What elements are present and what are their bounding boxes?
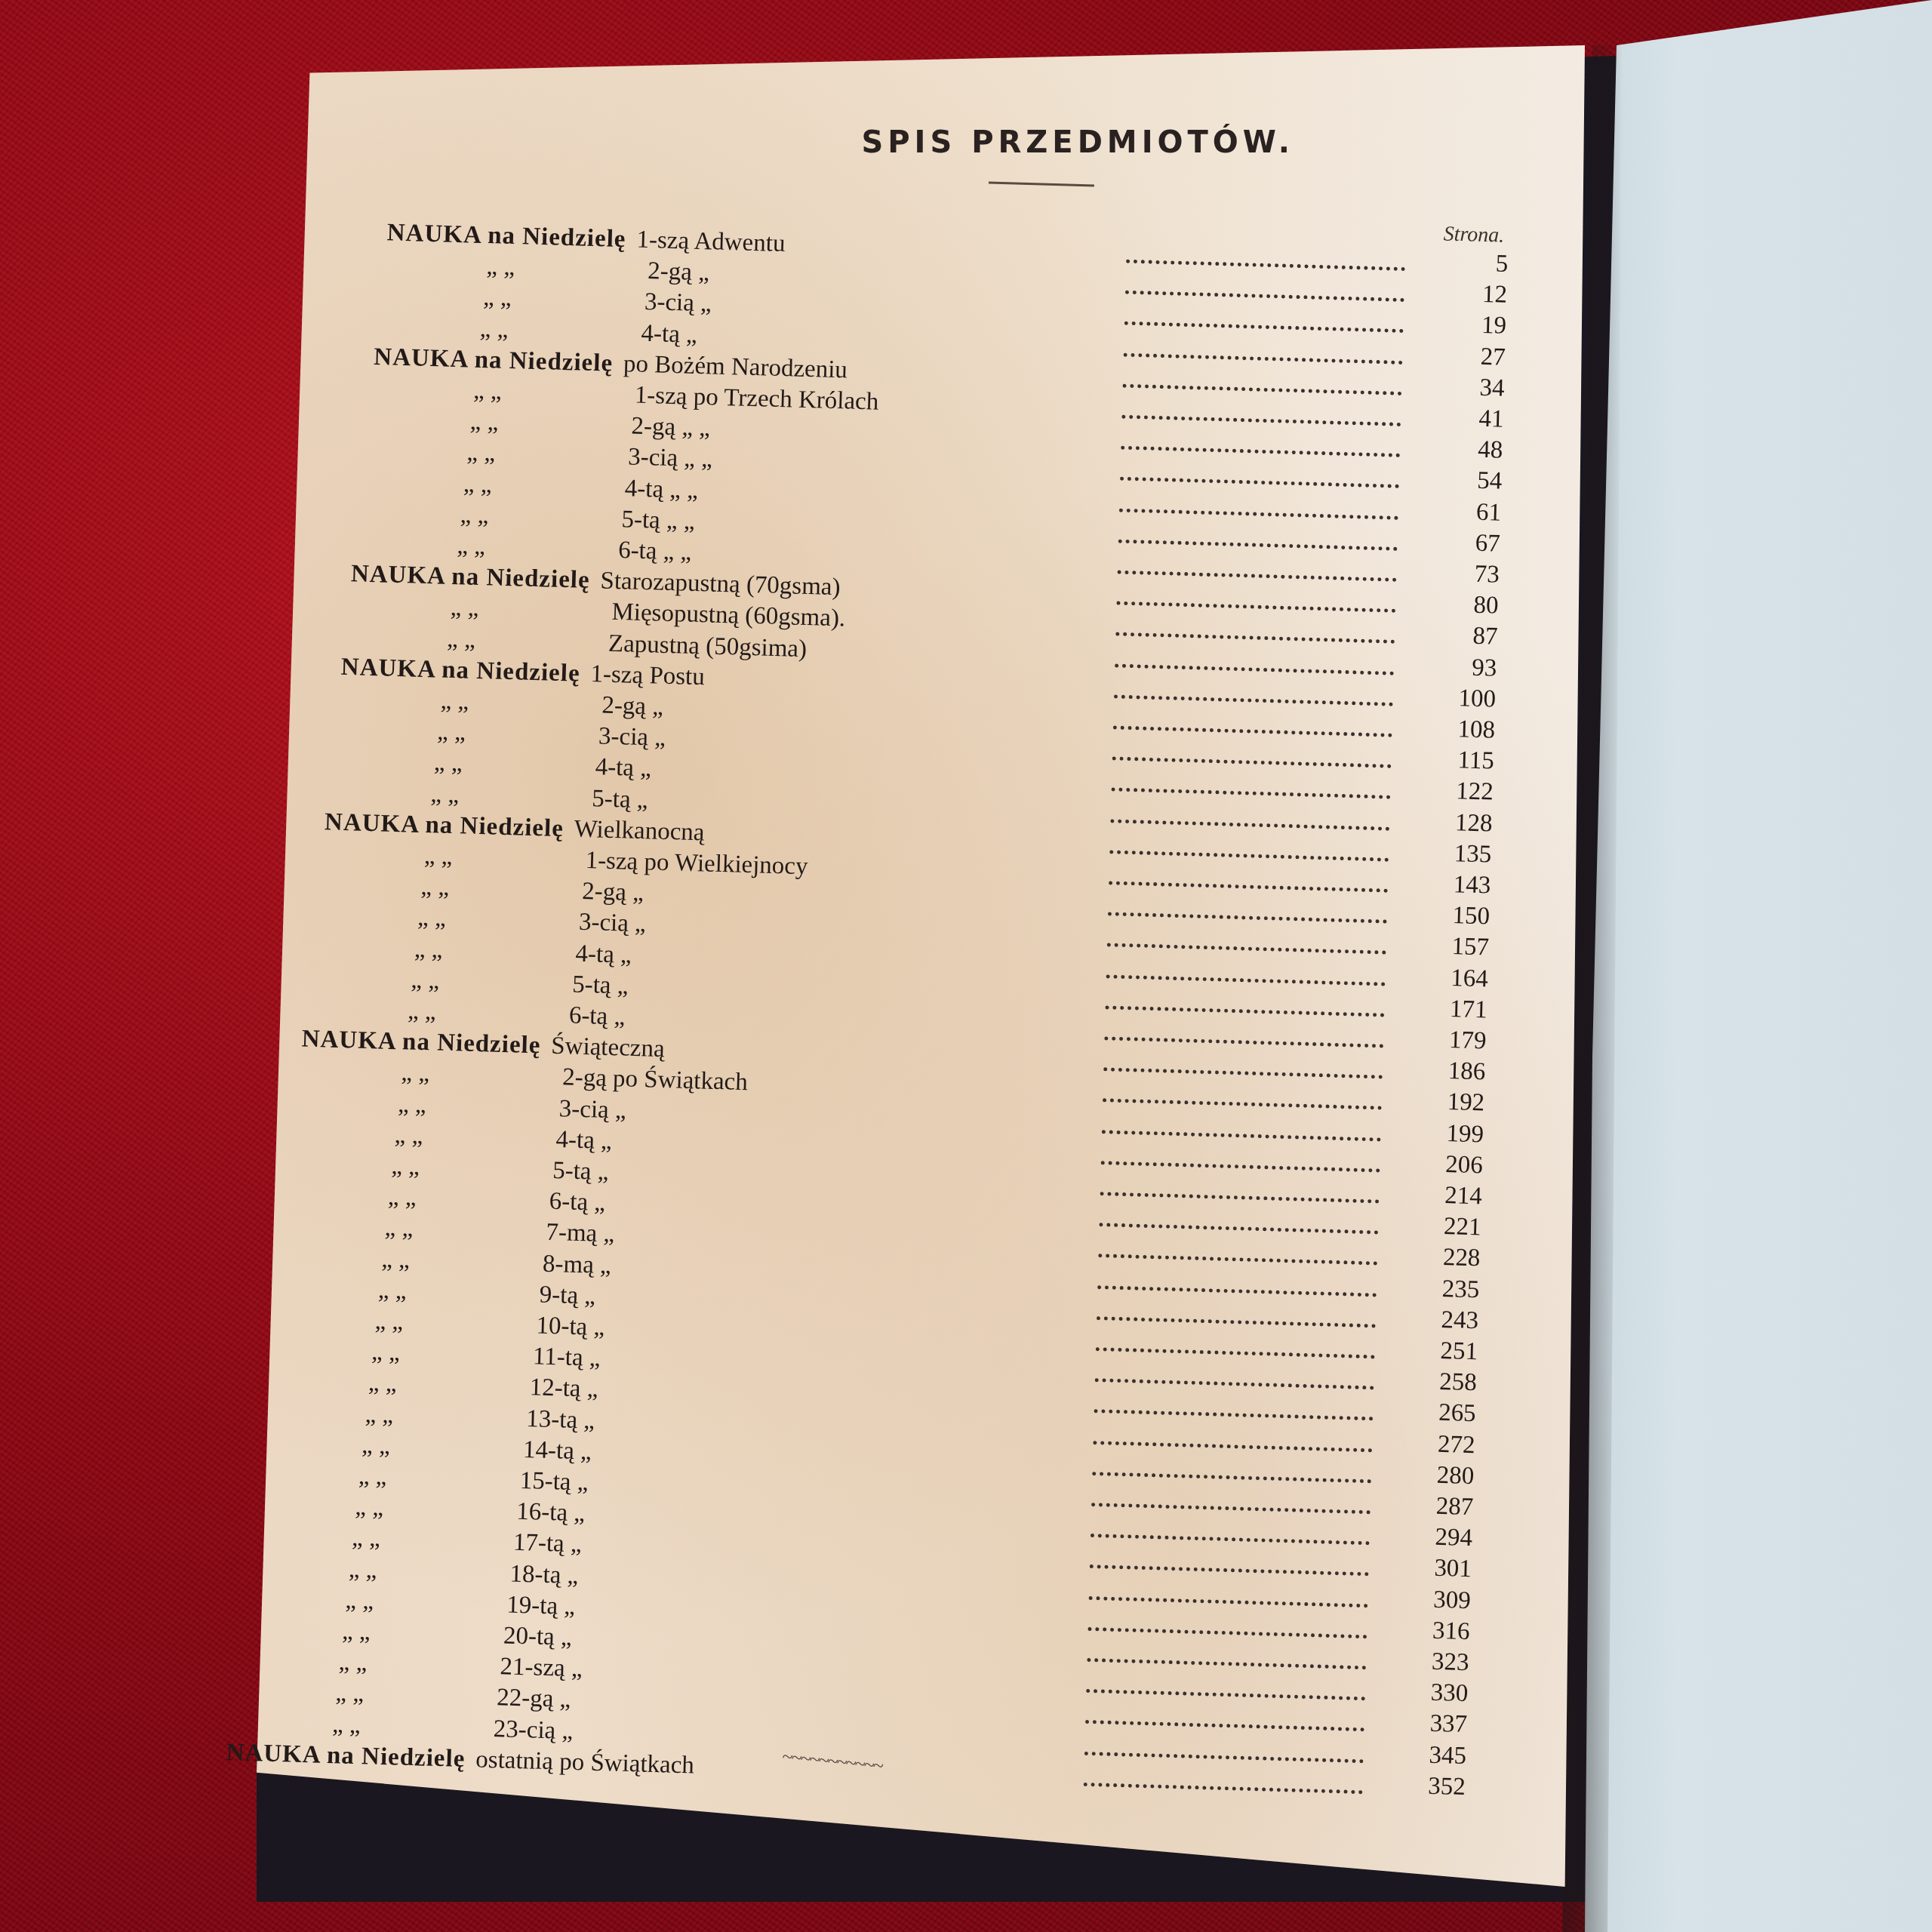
page-number: 352 xyxy=(1397,1771,1466,1801)
dot-leader xyxy=(1086,1674,1366,1700)
page-number: 164 xyxy=(1420,964,1488,993)
ditto-marks: „ „ xyxy=(361,965,490,997)
entry-title: Świąteczną xyxy=(551,1032,665,1063)
entry-title: 2-gą po Świątkach xyxy=(562,1064,749,1097)
dot-leader xyxy=(1090,1549,1370,1576)
ditto-marks: „ „ xyxy=(417,438,546,469)
page-column-header: Strona. xyxy=(1443,222,1505,248)
dot-leader xyxy=(1087,1643,1367,1669)
dot-leader xyxy=(1088,1612,1367,1638)
entry-title: Wielkanocną xyxy=(574,815,705,847)
entry-title: 4-tą „ xyxy=(641,319,697,349)
entry-title: 9-tą „ xyxy=(539,1281,595,1310)
entry-title: 6-tą „ „ xyxy=(618,537,692,567)
dot-leader xyxy=(1099,1207,1379,1234)
ditto-marks: „ „ xyxy=(364,934,493,965)
page-number: 280 xyxy=(1406,1461,1475,1491)
entry-title: 1-szą Postu xyxy=(590,660,705,691)
page-number: 251 xyxy=(1409,1337,1478,1366)
dot-leader xyxy=(1096,1332,1376,1358)
page-number: 301 xyxy=(1403,1554,1472,1583)
entry-title: 4-tą „ xyxy=(555,1126,612,1155)
entry-title: 3-cią „ xyxy=(644,288,712,318)
ditto-marks: „ „ xyxy=(305,1492,434,1524)
ditto-marks: „ „ xyxy=(344,1120,473,1152)
page-number: 214 xyxy=(1414,1181,1482,1211)
entry-heading-prefix: NAUKA na Niedzielę xyxy=(226,1739,466,1774)
dot-leader xyxy=(1084,1767,1364,1794)
ditto-marks: „ „ xyxy=(383,748,512,780)
ditto-marks: „ „ xyxy=(341,1151,470,1183)
page-number: 192 xyxy=(1417,1088,1485,1117)
ditto-marks: „ „ xyxy=(302,1523,431,1555)
page-number: 157 xyxy=(1420,932,1489,961)
entry-title: 6-tą „ xyxy=(568,1001,625,1031)
entry-title: 15-tą „ xyxy=(519,1467,589,1497)
dot-leader xyxy=(1121,400,1401,426)
entry-title: 16-tą „ xyxy=(516,1498,586,1528)
entry-title: 4-tą „ xyxy=(595,754,651,783)
page-number: 206 xyxy=(1414,1150,1483,1180)
dot-leader xyxy=(1114,679,1394,706)
dot-leader xyxy=(1110,804,1390,830)
ditto-marks: „ „ xyxy=(436,251,565,283)
entry-heading-prefix: NAUKA na Niedzielę xyxy=(374,343,614,378)
entry-title: ostatnią po Świątkach xyxy=(475,1746,695,1780)
entry-title: 1-szą po Trzech Królach xyxy=(634,382,878,417)
entry-title: 12-tą „ xyxy=(529,1374,598,1404)
dot-leader xyxy=(1106,959,1386,986)
entry-title: 23-cią „ xyxy=(493,1715,573,1746)
dot-leader xyxy=(1126,245,1406,271)
ditto-marks: „ „ xyxy=(380,779,509,811)
page-number: 309 xyxy=(1402,1585,1471,1614)
page-number: 61 xyxy=(1432,497,1501,527)
ditto-marks: „ „ xyxy=(315,1399,444,1431)
ditto-marks: „ „ xyxy=(298,1554,427,1586)
entry-heading-prefix: NAUKA na Niedzielę xyxy=(350,560,590,595)
dot-leader xyxy=(1109,835,1389,861)
entry-title: 1-szą po Wielkiejnocy xyxy=(585,847,808,881)
page-number: 171 xyxy=(1419,995,1487,1024)
entry-title: 2-gą „ xyxy=(648,257,710,287)
page-number: 135 xyxy=(1423,839,1492,869)
dot-leader xyxy=(1125,275,1405,302)
entry-title: Starozapustną (70gsma) xyxy=(600,568,841,602)
entry-title: 14-tą „ xyxy=(522,1436,592,1466)
dot-leader xyxy=(1093,1426,1373,1452)
entry-title: 5-tą „ xyxy=(572,971,629,1000)
ditto-marks: „ „ xyxy=(397,624,526,656)
table-of-contents: NAUKA na Niedzielę1-szą Adwentu5„ „2-gą … xyxy=(251,215,1579,252)
dot-leader xyxy=(1115,617,1395,644)
page-number: 265 xyxy=(1407,1398,1476,1428)
ditto-marks: „ „ xyxy=(325,1306,454,1338)
page-number: 48 xyxy=(1435,435,1503,464)
entry-title: 18-tą „ xyxy=(509,1560,579,1590)
ditto-marks: „ „ xyxy=(312,1430,441,1462)
page-number: 235 xyxy=(1411,1274,1480,1303)
page-number: 115 xyxy=(1426,746,1494,775)
ditto-marks: „ „ xyxy=(410,500,539,531)
page-number: 272 xyxy=(1407,1429,1475,1459)
page-number: 258 xyxy=(1408,1367,1477,1397)
ditto-marks: „ „ xyxy=(321,1337,451,1369)
dot-leader xyxy=(1115,648,1395,675)
page-number: 330 xyxy=(1400,1678,1469,1708)
page-number: 143 xyxy=(1423,870,1491,900)
page-number: 80 xyxy=(1430,590,1499,620)
page-number: 27 xyxy=(1437,342,1506,371)
dot-leader xyxy=(1124,337,1404,364)
entry-title: 3-cią „ xyxy=(578,909,646,938)
dot-leader xyxy=(1105,990,1385,1017)
page-number: 73 xyxy=(1431,559,1500,589)
entry-title: Mięsopustną (60gsma). xyxy=(611,598,846,633)
dot-leader xyxy=(1097,1270,1377,1297)
dot-leader xyxy=(1094,1395,1374,1421)
page-number: 150 xyxy=(1422,901,1491,931)
page-number: 87 xyxy=(1429,622,1498,651)
dot-leader xyxy=(1112,742,1392,768)
entry-title: 6-tą „ xyxy=(549,1188,605,1217)
ditto-marks: „ „ xyxy=(371,872,500,903)
contents-page-text: SPIS PRZEDMIOTÓW. Strona. NAUKA na Niedz… xyxy=(205,26,1584,1904)
entry-title: 3-cią „ „ xyxy=(628,444,713,474)
dot-leader xyxy=(1119,493,1399,519)
dot-leader xyxy=(1120,462,1400,488)
page-number: 186 xyxy=(1417,1057,1486,1086)
dot-leader xyxy=(1100,1177,1380,1203)
ditto-marks: „ „ xyxy=(390,686,519,718)
ditto-marks: „ „ xyxy=(328,1275,457,1307)
dot-leader xyxy=(1104,1021,1384,1048)
page-number: 221 xyxy=(1413,1212,1481,1241)
entry-title: 5-tą „ xyxy=(592,785,648,814)
dot-leader xyxy=(1121,431,1401,457)
page-number: 122 xyxy=(1425,777,1494,806)
page-number: 199 xyxy=(1415,1118,1484,1148)
ditto-marks: „ „ xyxy=(337,1182,466,1214)
page-number: 5 xyxy=(1440,248,1509,278)
dot-leader xyxy=(1122,368,1402,395)
title-divider xyxy=(989,182,1094,187)
dot-leader xyxy=(1108,897,1388,924)
ditto-marks: „ „ xyxy=(331,1244,460,1275)
entry-title: 5-tą „ „ xyxy=(621,506,695,536)
dot-leader xyxy=(1089,1581,1369,1607)
entry-title: 3-cią „ xyxy=(598,723,666,752)
dot-leader xyxy=(1101,1146,1381,1172)
entry-title: 2-gą „ xyxy=(601,692,664,721)
ditto-marks: „ „ xyxy=(400,592,529,624)
entry-title: Zapustną (50gsima) xyxy=(608,629,808,663)
entry-title: 1-szą Adwentu xyxy=(636,226,786,258)
dot-leader xyxy=(1124,306,1404,333)
page-number: 243 xyxy=(1411,1306,1479,1335)
entry-title: 21-szą „ xyxy=(500,1653,583,1683)
entry-title: po Bożém Narodzeniu xyxy=(623,350,848,384)
ditto-marks: „ „ xyxy=(318,1368,447,1400)
page-number: 179 xyxy=(1418,1026,1487,1055)
entry-title: 2-gą „ „ xyxy=(631,413,710,443)
page-number: 228 xyxy=(1412,1243,1481,1272)
entry-heading-prefix: NAUKA na Niedzielę xyxy=(340,654,580,688)
dot-leader xyxy=(1116,586,1396,613)
ditto-marks: „ „ xyxy=(368,903,497,934)
dot-leader xyxy=(1092,1457,1372,1483)
dot-leader xyxy=(1103,1084,1383,1110)
page-number: 316 xyxy=(1401,1616,1470,1645)
entry-title: 13-tą „ xyxy=(526,1405,595,1435)
entry-title: 19-tą „ xyxy=(506,1591,576,1621)
entry-title: 22-gą „ xyxy=(497,1684,571,1715)
ditto-marks: „ „ xyxy=(285,1678,414,1710)
dot-leader xyxy=(1091,1518,1371,1545)
entry-heading-prefix: NAUKA na Niedzielę xyxy=(325,808,565,843)
page-number: 41 xyxy=(1435,404,1504,433)
page-number: 93 xyxy=(1429,653,1497,682)
entry-title: 4-tą „ „ xyxy=(624,475,698,505)
dot-leader xyxy=(1113,710,1393,737)
entry-title: 10-tą „ xyxy=(536,1312,605,1342)
ditto-marks: „ „ xyxy=(423,376,552,408)
ditto-marks: „ „ xyxy=(429,314,558,346)
dot-leader xyxy=(1111,773,1391,799)
ditto-marks: „ „ xyxy=(358,996,487,1028)
ditto-marks: „ „ xyxy=(351,1058,480,1090)
entry-heading-prefix: NAUKA na Niedzielę xyxy=(301,1026,541,1060)
ditto-marks: „ „ xyxy=(292,1617,421,1648)
entry-title: 4-tą „ xyxy=(575,940,632,969)
entry-title: 2-gą „ xyxy=(582,878,645,907)
page-title: SPIS PRZEDMIOTÓW. xyxy=(861,125,1294,160)
ditto-marks: „ „ xyxy=(433,282,562,314)
page-number: 67 xyxy=(1432,528,1500,558)
page-number: 19 xyxy=(1438,311,1506,340)
dot-leader xyxy=(1084,1737,1364,1763)
entry-title: 3-cią „ xyxy=(558,1095,626,1124)
ditto-marks: „ „ xyxy=(288,1647,417,1679)
dot-leader xyxy=(1109,866,1389,892)
dot-leader xyxy=(1107,928,1387,955)
dot-leader xyxy=(1102,1115,1382,1141)
ditto-marks: „ „ xyxy=(407,531,536,562)
facing-endpaper-page xyxy=(1570,0,1932,1932)
ditto-marks: „ „ xyxy=(420,407,549,438)
dot-leader xyxy=(1118,555,1398,582)
page-number: 337 xyxy=(1399,1709,1468,1739)
page-number: 287 xyxy=(1405,1492,1474,1521)
dot-leader xyxy=(1097,1301,1377,1327)
ditto-marks: „ „ xyxy=(413,469,542,500)
dot-leader xyxy=(1091,1487,1371,1514)
dot-leader xyxy=(1098,1239,1378,1266)
page-number: 54 xyxy=(1434,466,1503,496)
page-number: 294 xyxy=(1404,1523,1473,1552)
dot-leader xyxy=(1095,1363,1375,1389)
dot-leader xyxy=(1118,524,1398,550)
page-number: 345 xyxy=(1398,1740,1466,1770)
entry-heading-prefix: NAUKA na Niedzielę xyxy=(386,219,626,254)
ditto-marks: „ „ xyxy=(374,841,503,872)
page-number: 108 xyxy=(1426,715,1495,744)
entry-title: 7-mą „ xyxy=(546,1219,615,1249)
page-number: 12 xyxy=(1439,280,1508,309)
dot-leader xyxy=(1103,1052,1383,1078)
page-number: 128 xyxy=(1424,808,1493,838)
page-number: 34 xyxy=(1436,373,1505,402)
entry-title: 8-mą „ xyxy=(543,1250,612,1280)
entry-title: 5-tą „ xyxy=(552,1157,609,1186)
ditto-marks: „ „ xyxy=(295,1585,424,1617)
entry-title: 11-tą „ xyxy=(533,1343,601,1373)
page-number: 100 xyxy=(1428,684,1497,713)
ditto-marks: „ „ xyxy=(334,1213,463,1244)
ditto-marks: „ „ xyxy=(347,1089,476,1121)
entry-title: 17-tą „ xyxy=(512,1529,582,1559)
page-number: 323 xyxy=(1401,1647,1469,1677)
ditto-marks: „ „ xyxy=(387,717,516,749)
entry-title: 20-tą „ xyxy=(503,1622,572,1652)
ditto-marks: „ „ xyxy=(308,1461,437,1493)
dot-leader xyxy=(1085,1705,1365,1731)
ditto-marks: „ „ xyxy=(281,1709,411,1741)
